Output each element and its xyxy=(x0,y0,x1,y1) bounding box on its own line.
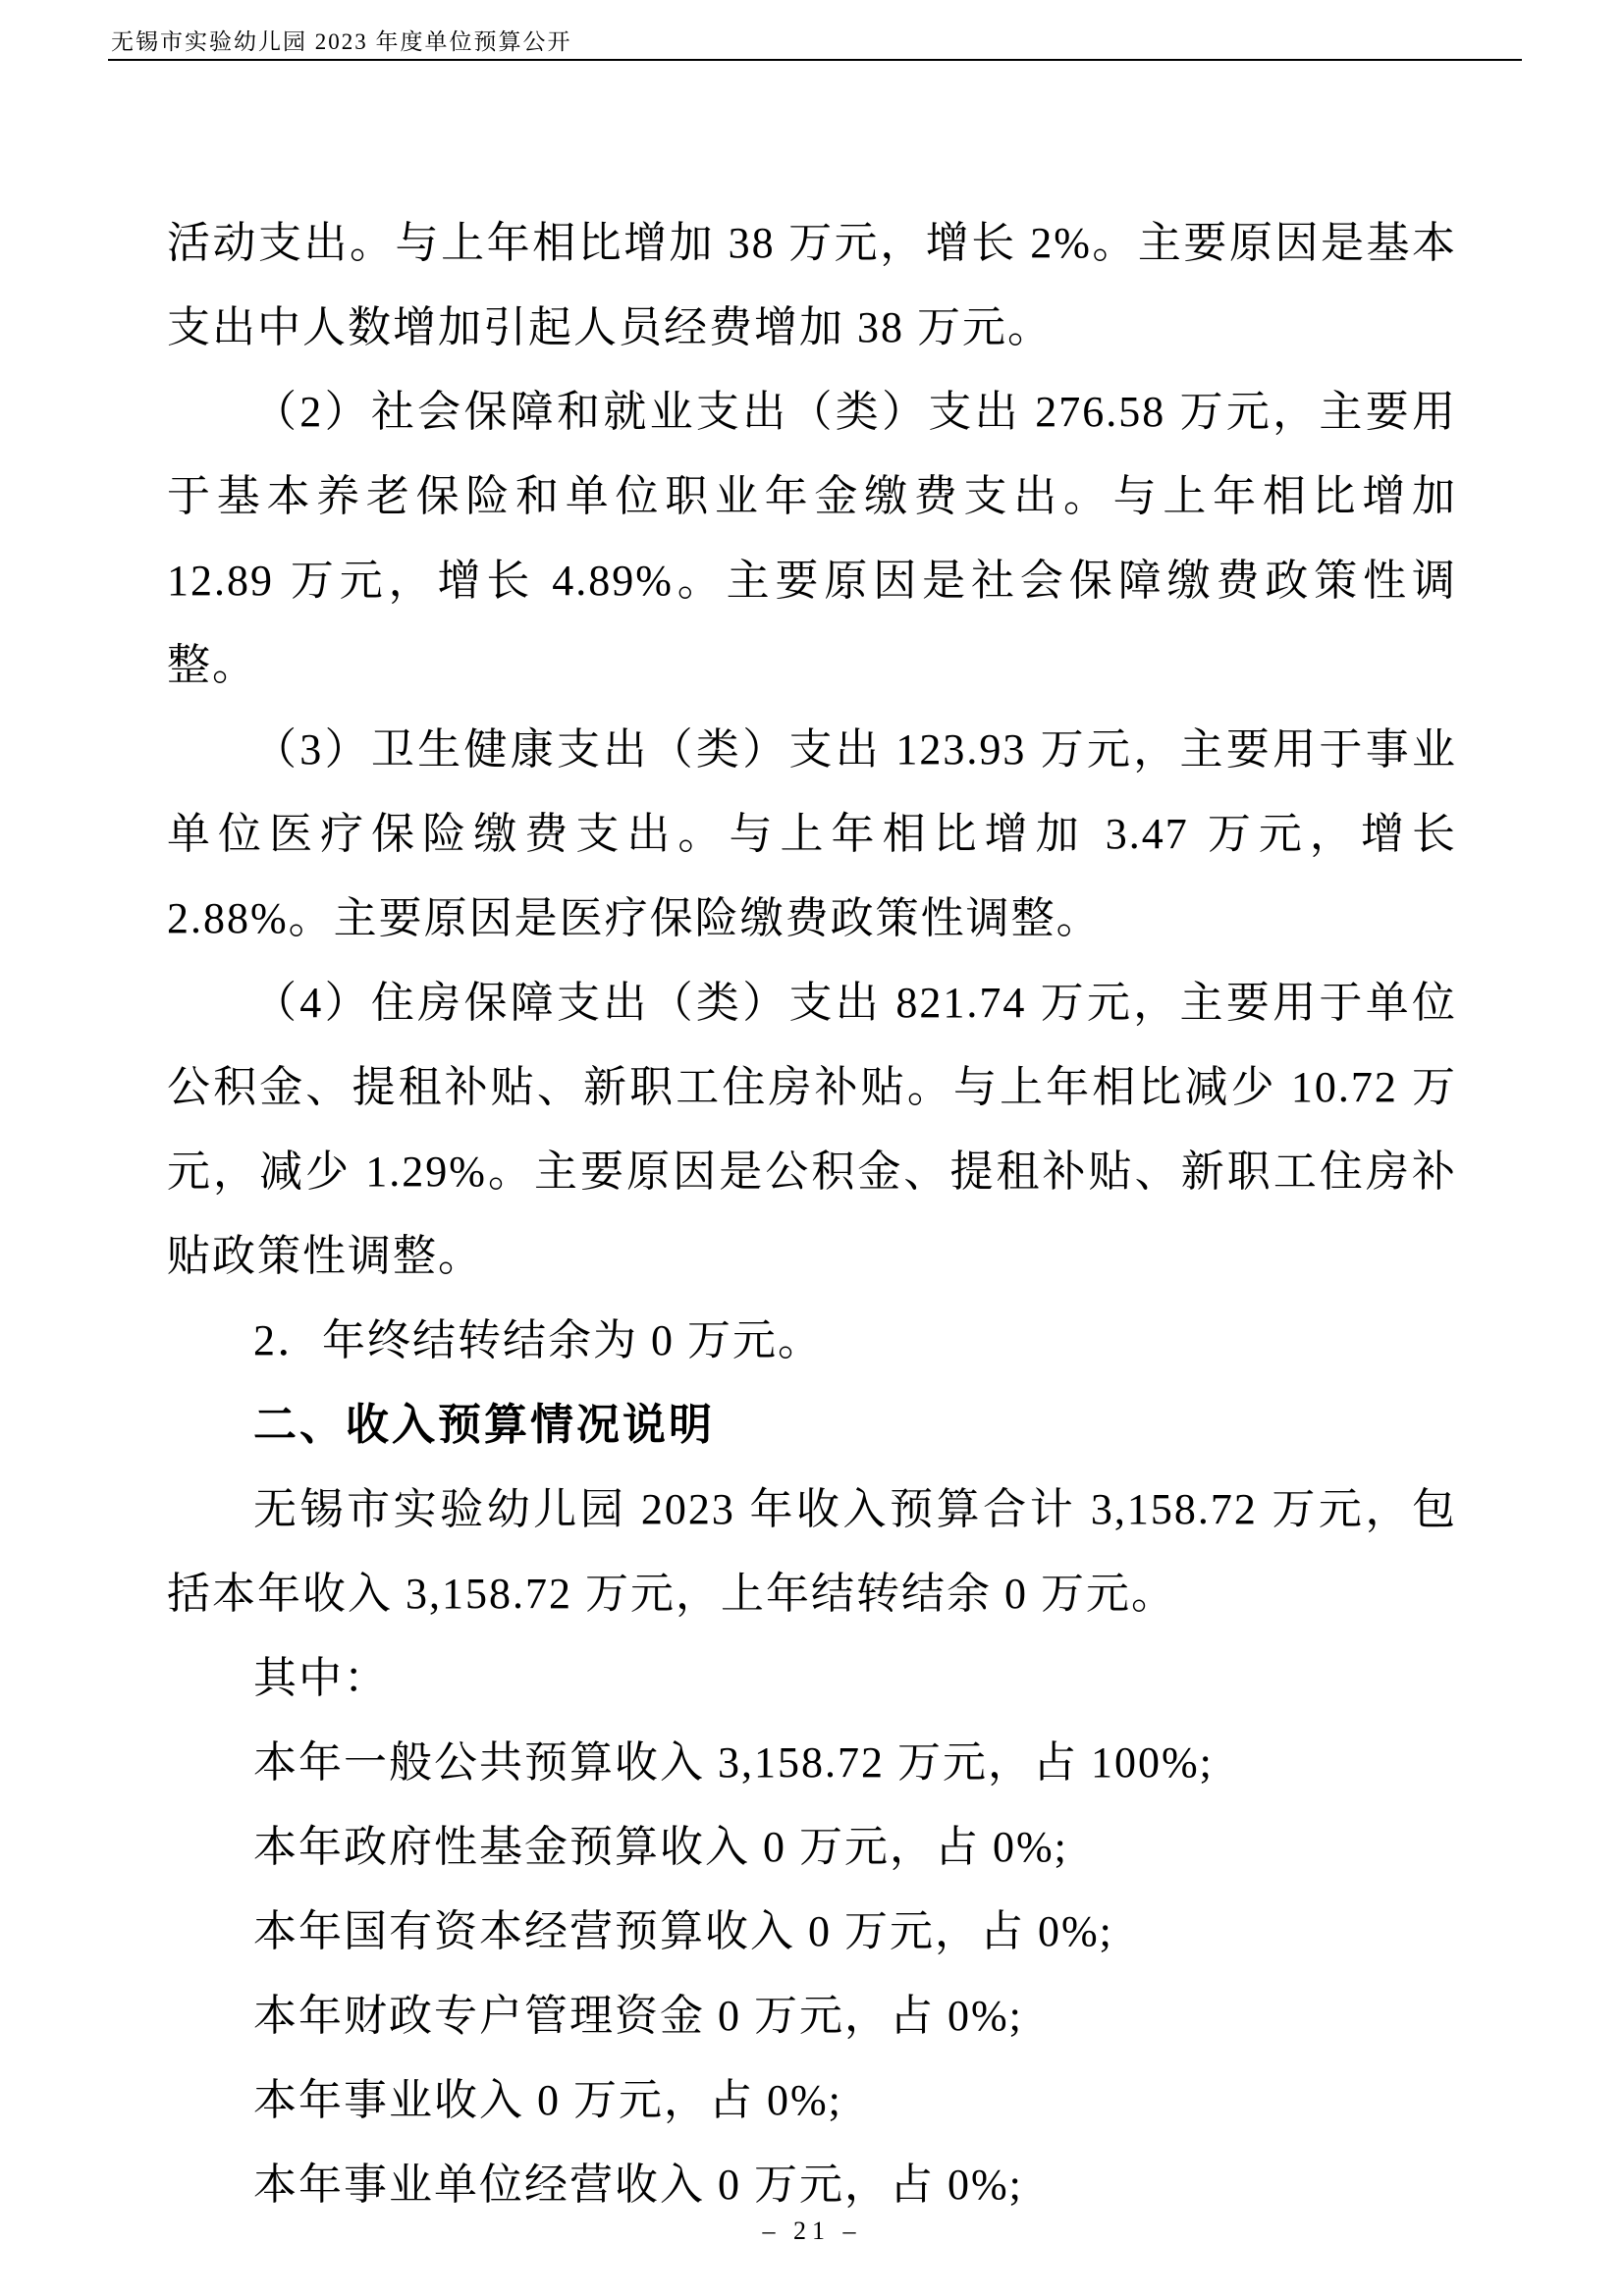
body-paragraph: 本年政府性基金预算收入 0 万元，占 0%; xyxy=(167,1805,1457,1890)
body-paragraph: （2）社会保障和就业支出（类）支出 276.58 万元，主要用于基本养老保险和单… xyxy=(167,370,1457,708)
body-paragraph: 本年事业单位经营收入 0 万元，占 0%; xyxy=(167,2143,1457,2227)
body-paragraph: 本年事业收入 0 万元，占 0%; xyxy=(167,2058,1457,2143)
body-paragraph: 2．年终结转结余为 0 万元。 xyxy=(167,1299,1457,1383)
body-paragraph: 本年一般公共预算收入 3,158.72 万元，占 100%; xyxy=(167,1721,1457,1805)
section-heading: 二、收入预算情况说明 xyxy=(167,1383,1457,1468)
body-paragraph: （4）住房保障支出（类）支出 821.74 万元，主要用于单位公积金、提租补贴、… xyxy=(167,961,1457,1299)
page-number: – 21 – xyxy=(0,2216,1624,2246)
body-paragraph: 活动支出。与上年相比增加 38 万元，增长 2%。主要原因是基本支出中人数增加引… xyxy=(167,201,1457,370)
body-paragraph: （3）卫生健康支出（类）支出 123.93 万元，主要用于事业单位医疗保险缴费支… xyxy=(167,708,1457,961)
document-page: 无锡市实验幼儿园 2023 年度单位预算公开 活动支出。与上年相比增加 38 万… xyxy=(0,0,1624,2296)
body-paragraph: 其中： xyxy=(167,1636,1457,1721)
header-divider xyxy=(108,59,1522,61)
page-header-title: 无锡市实验幼儿园 2023 年度单位预算公开 xyxy=(111,24,572,56)
body-paragraph: 本年财政专户管理资金 0 万元，占 0%; xyxy=(167,1974,1457,2058)
body-paragraph: 无锡市实验幼儿园 2023 年收入预算合计 3,158.72 万元，包括本年收入… xyxy=(167,1468,1457,1636)
document-body: 活动支出。与上年相比增加 38 万元，增长 2%。主要原因是基本支出中人数增加引… xyxy=(167,201,1457,2227)
body-paragraph: 本年国有资本经营预算收入 0 万元，占 0%; xyxy=(167,1890,1457,1974)
